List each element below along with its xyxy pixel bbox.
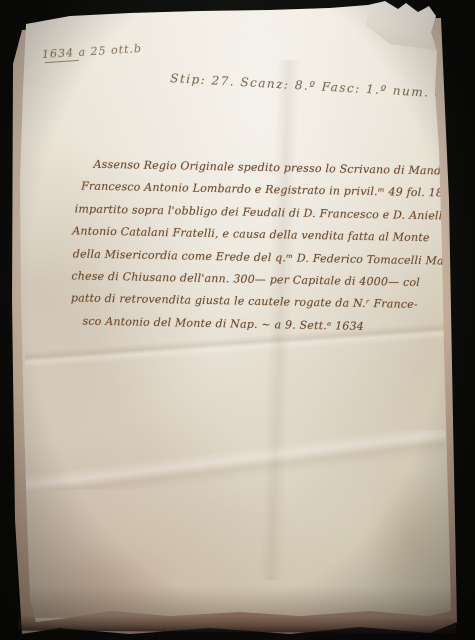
photo-background: 1634 a 25 ott.b Stip: 27. Scanz: 8.º Fas…	[0, 0, 475, 640]
paper-crease-lower	[25, 430, 445, 490]
under-pages-edge-shadow	[18, 614, 456, 633]
archival-date-note: 1634 a 25 ott.b	[42, 42, 143, 61]
manuscript-page: 1634 a 25 ott.b Stip: 27. Scanz: 8.º Fas…	[0, 0, 475, 640]
torn-corner-fold	[360, 0, 444, 52]
manuscript-text: Assenso Regio Originale spedito presso l…	[70, 153, 455, 340]
shelfmark-header: Stip: 27. Scanz: 8.º Fasc: 1.º num. 89	[170, 71, 454, 101]
